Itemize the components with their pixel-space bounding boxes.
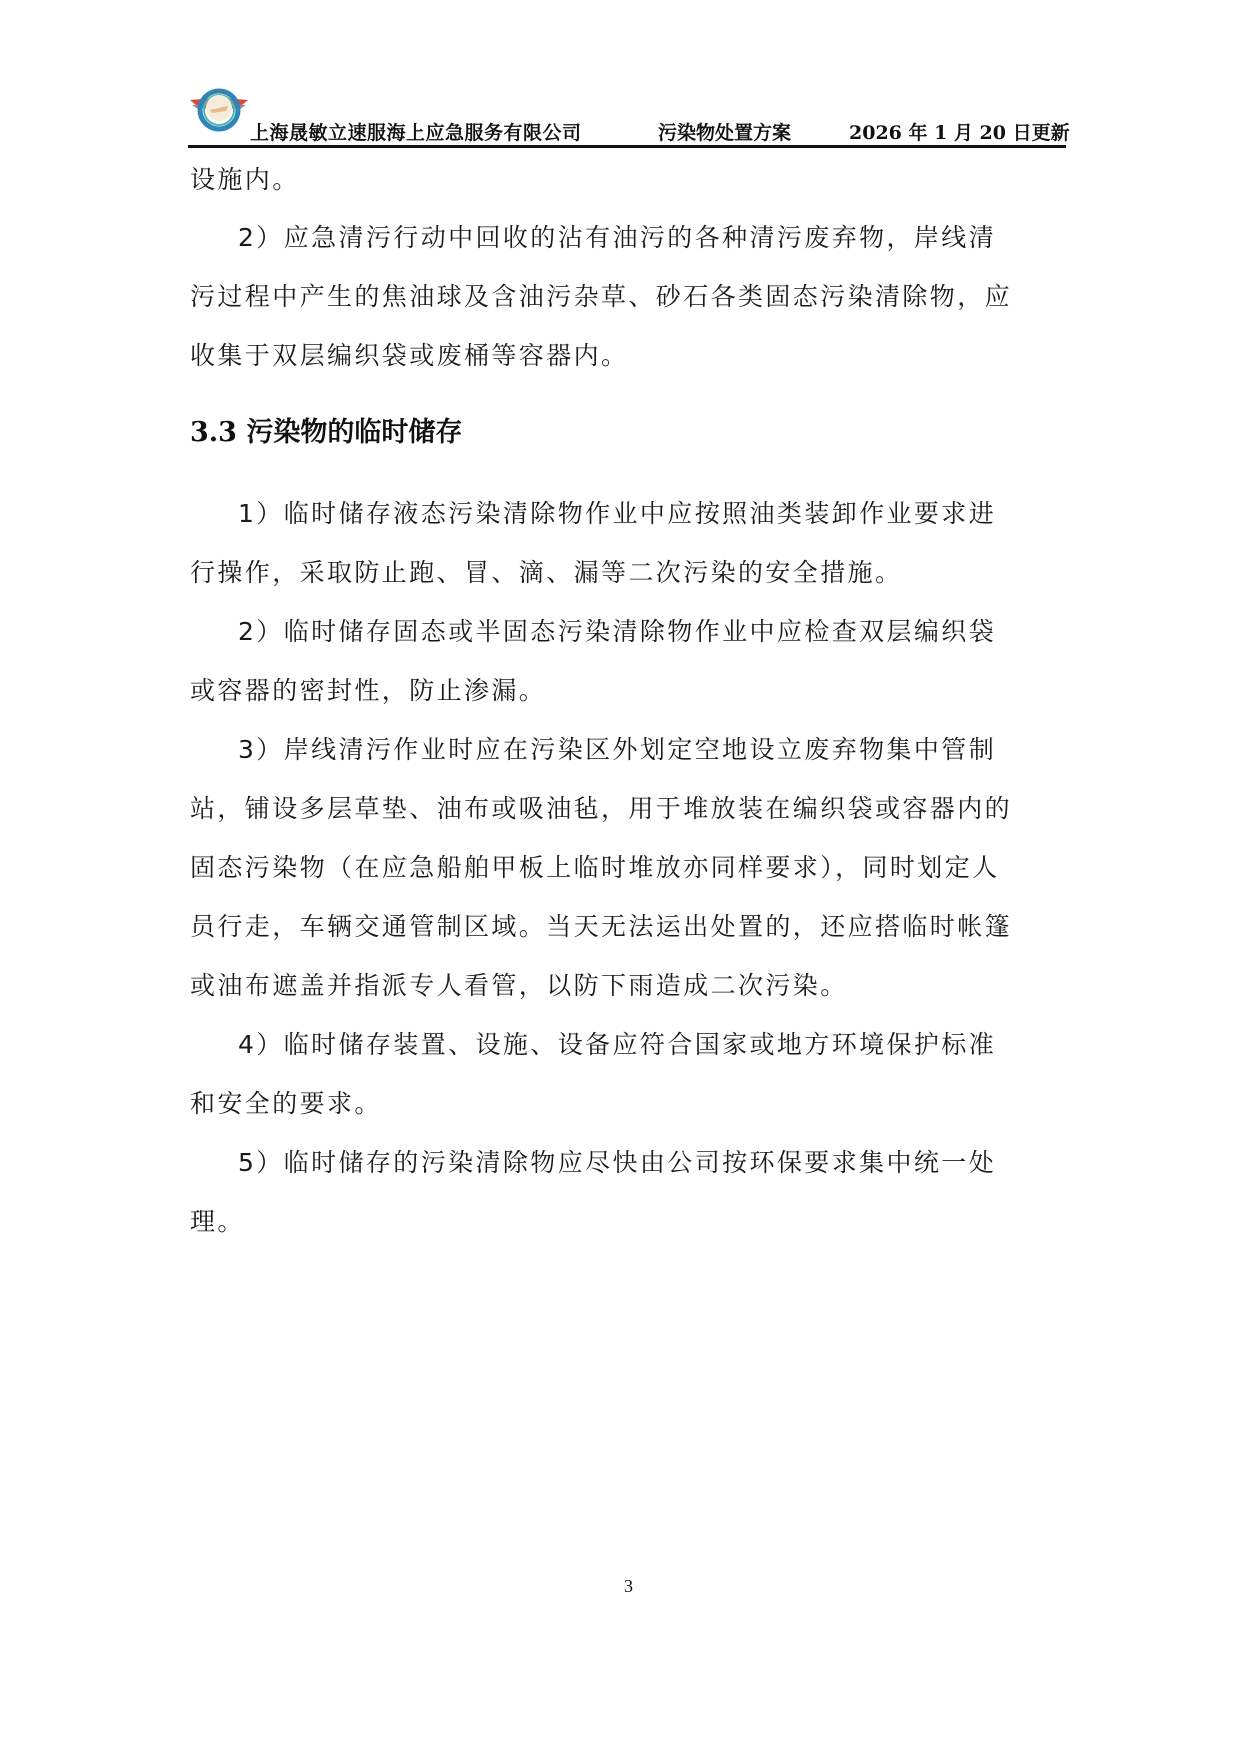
header-update-date: 2026 年 1 月 20 日更新 [849, 118, 1070, 145]
company-emblem-icon [188, 86, 250, 138]
body-line: 收集于双层编织袋或废桶等容器内。 [190, 336, 628, 372]
paragraph-3-line: 员行走，车辆交通管制区域。当天无法运出处置的，还应搭临时帐篷 [190, 907, 1012, 943]
body-line: 设施内。 [190, 160, 300, 196]
paragraph-2-line: 或容器的密封性，防止渗漏。 [190, 671, 546, 707]
paragraph-5-line: 理。 [190, 1202, 245, 1238]
paragraph-5-line: 5）临时储存的污染清除物应尽快由公司按环保要求集中统一处 [238, 1143, 996, 1179]
paragraph-4-line: 4）临时储存装置、设施、设备应符合国家或地方环境保护标准 [238, 1025, 996, 1061]
paragraph-3-line: 3）岸线清污作业时应在污染区外划定空地设立废弃物集中管制 [238, 730, 996, 766]
paragraph-4-line: 和安全的要求。 [190, 1084, 382, 1120]
body-line: 2）应急清污行动中回收的沾有油污的各种清污废弃物，岸线清 [238, 218, 996, 254]
paragraph-3-line: 站，铺设多层草垫、油布或吸油毡，用于堆放装在编织袋或容器内的 [190, 789, 1012, 825]
paragraph-3-line: 或油布遮盖并指派专人看管，以防下雨造成二次污染。 [190, 966, 848, 1002]
paragraph-1-line: 1）临时储存液态污染清除物作业中应按照油类装卸作业要求进 [238, 494, 996, 530]
header-divider [188, 145, 1066, 148]
paragraph-3-line: 固态污染物（在应急船舶甲板上临时堆放亦同样要求），同时划定人 [190, 848, 1000, 884]
header-company-name: 上海晟敏立速服海上应急服务有限公司 [250, 118, 582, 145]
page-number: 3 [0, 1576, 1257, 1597]
section-heading: 3.3 污染物的临时储存 [190, 410, 462, 449]
header-document-title: 污染物处置方案 [658, 118, 791, 145]
body-line: 污过程中产生的焦油球及含油污杂草、砂石各类固态污染清除物，应 [190, 277, 1012, 313]
paragraph-2-line: 2）临时储存固态或半固态污染清除物作业中应检查双层编织袋 [238, 612, 996, 648]
page-header: 上海晟敏立速服海上应急服务有限公司 污染物处置方案 2026 年 1 月 20 … [188, 82, 1066, 146]
paragraph-1-line: 行操作，采取防止跑、冒、滴、漏等二次污染的安全措施。 [190, 553, 902, 589]
